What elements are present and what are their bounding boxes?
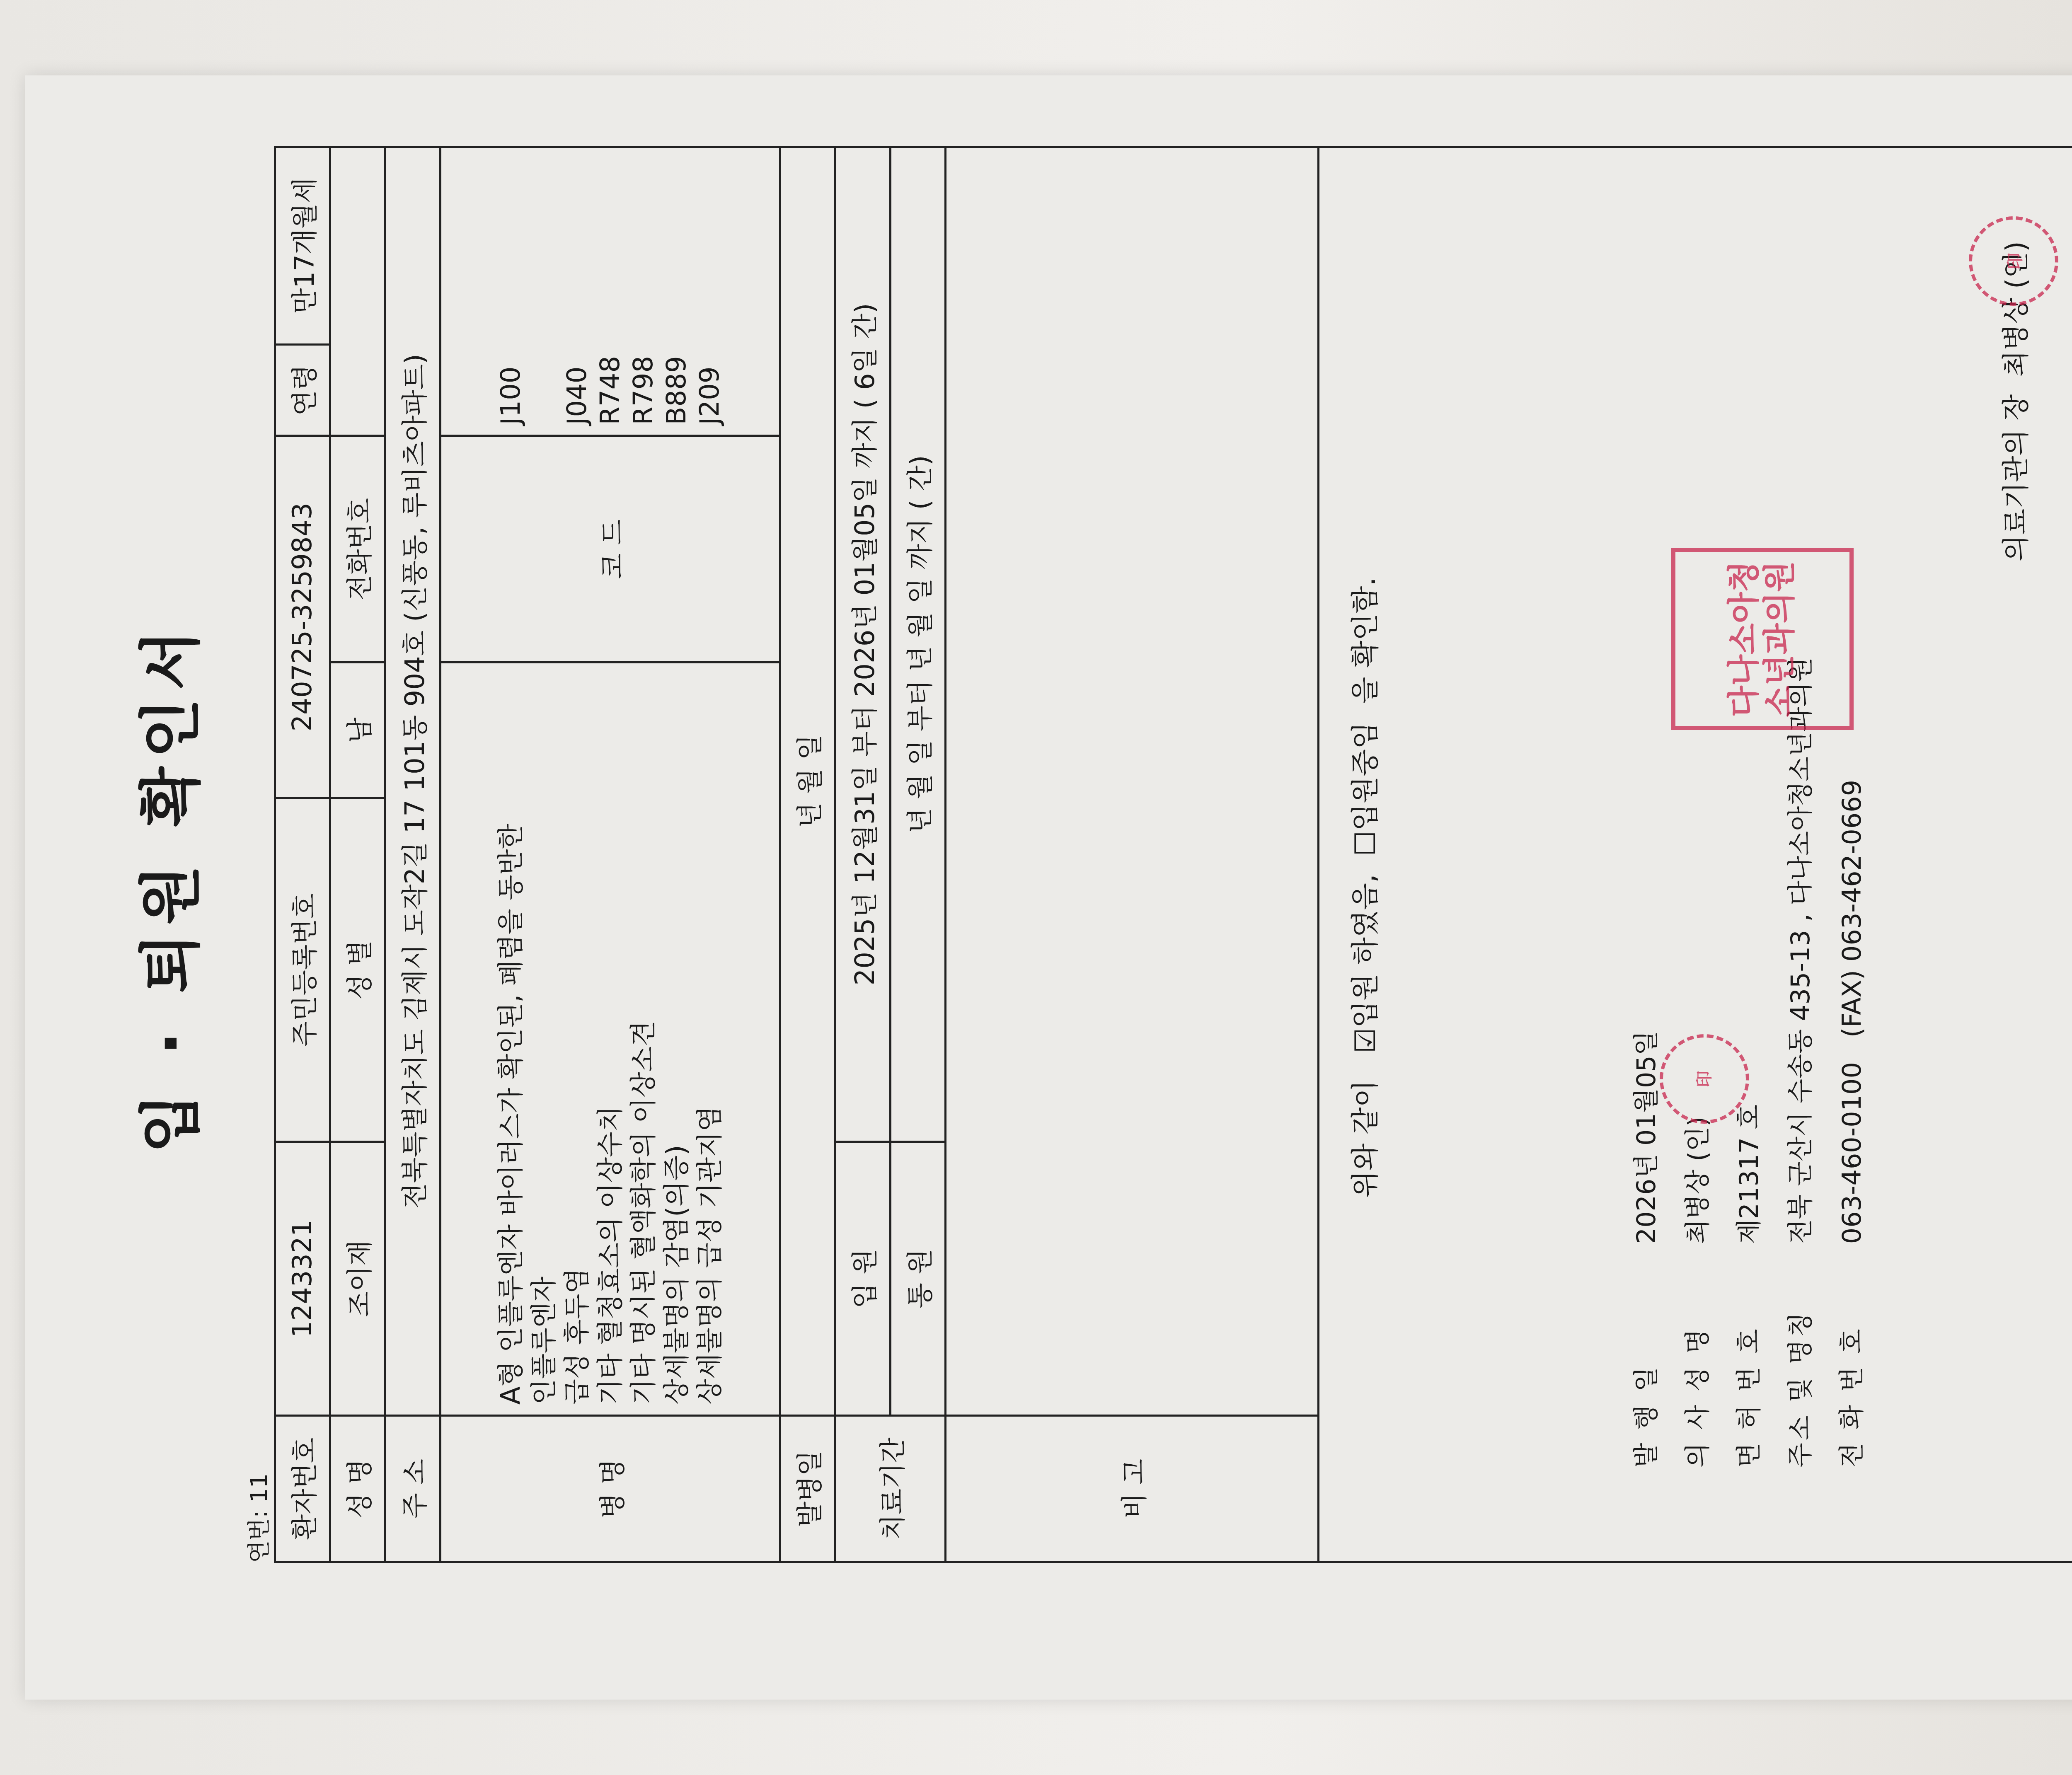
remarks-value	[946, 147, 1319, 1416]
phone-value	[330, 147, 385, 436]
confirmation-prefix: 위와 같이	[1349, 1080, 1382, 1198]
address-value: 전북특별자치도 김제시 도작2길 17 101동 904호 (신풍동, 루비츠아…	[385, 147, 441, 1416]
doctor-line: 의 사 성 명 최병상 (인) 印	[1672, 657, 1723, 1468]
diagnosis-item: A형 인플루엔자 바이러스가 확인된, 폐렴을 동반한	[494, 673, 528, 1405]
row-remarks: 비 고	[946, 147, 1319, 1562]
diagnosis-code	[528, 158, 561, 425]
confirmation-statement: 위와 같이 ☑입원 하였음, ☐입원중임 을 확인함.	[1343, 75, 1383, 1700]
rrn-value: 240725-3259843	[275, 436, 330, 798]
diagnosis-item: 기타 명시된 혈액화학의 이상소견	[627, 673, 660, 1405]
inpatient-label: 입 원	[835, 1141, 891, 1415]
diagnosis-item: 상세불명의 급성 기관지염	[693, 673, 726, 1405]
issuer-block: 발 행 일 2026년 01월05일 의 사 성 명 최병상 (인) 印 면 허…	[1621, 657, 1878, 1468]
onset-value: 년 월 일	[780, 147, 835, 1416]
head-seal-stamp-icon: 印	[1969, 216, 2058, 306]
row-diagnosis: 병 명 A형 인플루엔자 바이러스가 확인된, 폐렴을 동반한 인플루엔자 급성…	[441, 147, 780, 1562]
diagnosis-item: 기타 혈청효소의 이상수치	[594, 673, 627, 1405]
diagnosis-code: J100	[494, 158, 528, 425]
issue-date-value: 2026년 01월05일	[1631, 1030, 1661, 1244]
age-label: 연령	[275, 344, 330, 436]
inpatient-period: 2025년 12월31일 부터 2026년 01월05일 까지 ( 6일 간)	[835, 147, 891, 1142]
code-label: 코 드	[441, 436, 780, 663]
doctor-name: 최병상	[1682, 1170, 1713, 1244]
remarks-label: 비 고	[946, 1416, 1319, 1562]
certificate-paper: 입 · 퇴원 확인서 연번: 11 환자번호 1243321 주민등록번호 24…	[25, 75, 2072, 1700]
code-list: J100 J040 R748 R798 B889 J209	[441, 147, 780, 436]
address-label: 주 소	[385, 1416, 441, 1562]
outpatient-period: 년 월 일 부터 년 월 일 까지 ( 간)	[891, 147, 946, 1142]
option-inpatient: 입원중임	[1349, 722, 1382, 831]
checkbox-empty-icon: ☐	[1349, 831, 1382, 856]
institution-phone-value: 063-460-0100	[1837, 1062, 1867, 1244]
diagnosis-label: 병 명	[441, 1416, 780, 1562]
onset-label: 발병일	[780, 1416, 835, 1562]
institution-address-value: 전북 군산시 수송동 435-13 , 다나소아청소년과의원	[1785, 657, 1815, 1244]
patient-no-label: 환자번호	[275, 1416, 330, 1562]
license-label: 면 허 번 호	[1723, 1252, 1775, 1468]
head-name: 최병상	[2000, 297, 2032, 377]
rrn-label: 주민등록번호	[275, 798, 330, 1141]
row-onset: 발병일 년 월 일	[780, 147, 835, 1562]
checkbox-checked-icon: ☑	[1349, 1028, 1382, 1053]
serial-number: 연번: 11	[241, 1473, 274, 1563]
diagnosis-item: 인플루엔자	[528, 673, 561, 1405]
diagnosis-code: J040	[561, 158, 594, 425]
outpatient-label: 통 원	[891, 1141, 946, 1415]
age-value: 만17개월세	[275, 147, 330, 345]
name-label: 성 명	[330, 1416, 385, 1562]
sex-label: 성 별	[330, 798, 385, 1141]
doctor-label: 의 사 성 명	[1672, 1252, 1723, 1468]
institution-fax-value: (FAX) 063-462-0669	[1837, 780, 1867, 1037]
certificate-form-table: 환자번호 1243321 주민등록번호 240725-3259843 연령 만1…	[274, 146, 1319, 1563]
institution-phone-label: 전 화 번 호	[1826, 1252, 1878, 1468]
name-value: 조이재	[330, 1141, 385, 1415]
head-label: 의료기관의 장	[2000, 394, 2032, 562]
row-ids: 환자번호 1243321 주민등록번호 240725-3259843 연령 만1…	[275, 147, 330, 1562]
issue-date-label: 발 행 일	[1621, 1252, 1672, 1468]
diagnosis-code: J209	[693, 158, 726, 425]
phone-label: 전화번호	[330, 436, 385, 663]
diagnosis-code: R748	[594, 158, 627, 425]
diagnosis-list: A형 인플루엔자 바이러스가 확인된, 폐렴을 동반한 인플루엔자 급성 후두염…	[441, 663, 780, 1416]
diagnosis-code: B889	[660, 158, 693, 425]
row-address: 주 소 전북특별자치도 김제시 도작2길 17 101동 904호 (신풍동, …	[385, 147, 441, 1562]
diagnosis-item: 상세불명의 감염(의증)	[660, 673, 693, 1405]
doctor-seal-stamp-icon: 印	[1660, 1034, 1749, 1124]
treatment-label: 치료기간	[835, 1416, 946, 1562]
hospital-seal-stamp-icon: 다나소아청소년과의원	[1671, 548, 1854, 730]
confirmation-suffix: 을 확인함.	[1349, 577, 1382, 704]
row-inpatient: 치료기간 입 원 2025년 12월31일 부터 2026년 01월05일 까지…	[835, 147, 891, 1562]
patient-no-value: 1243321	[275, 1141, 330, 1415]
institution-address-label: 주소 및 명칭	[1775, 1252, 1826, 1468]
document-title: 입 · 퇴원 확인서	[121, 75, 210, 1700]
row-outpatient: 통 원 년 월 일 부터 년 월 일 까지 ( 간)	[891, 147, 946, 1562]
diagnosis-code: R798	[627, 158, 660, 425]
diagnosis-item: 급성 후두염	[561, 673, 594, 1405]
institution-address-line: 주소 및 명칭 전북 군산시 수송동 435-13 , 다나소아청소년과의원 다…	[1775, 657, 1826, 1468]
sex-value: 남	[330, 663, 385, 798]
institution-phone-line: 전 화 번 호 063-460-0100 (FAX) 063-462-0669	[1826, 657, 1878, 1468]
option-admitted: 입원 하였음,	[1349, 874, 1382, 1028]
row-name: 성 명 조이재 성 별 남 전화번호	[330, 147, 385, 1562]
license-value: 제21317 호	[1734, 1105, 1764, 1244]
institution-head-signature: 의료기관의 장 최병상 (인) 印	[1994, 241, 2033, 561]
